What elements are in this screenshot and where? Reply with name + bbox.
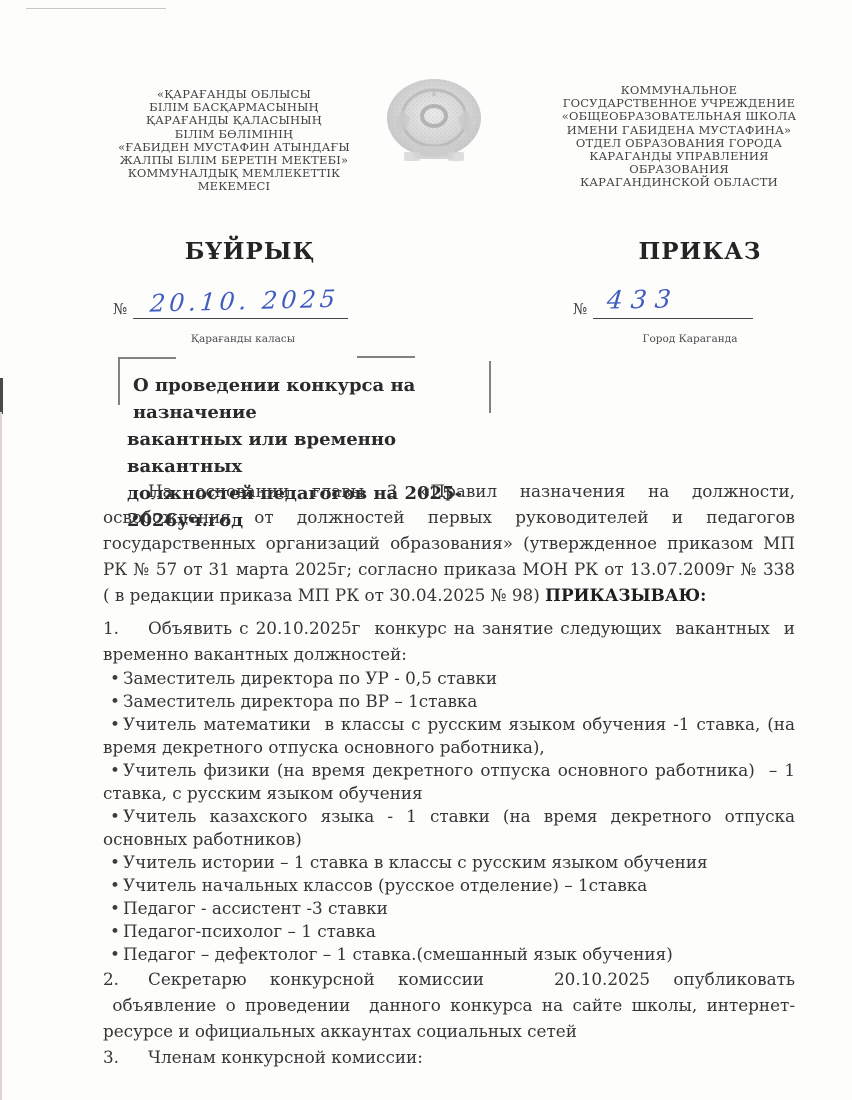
bullet-icon: • [110,851,123,874]
bullet-icon: • [110,713,123,736]
org-name-kazakh-line: ҚАРАҒАНДЫ ҚАЛАСЫНЫҢ [88,114,380,127]
city-label-kazakh: Қарағанды каласы [133,333,353,345]
item-number: 3. [103,1044,148,1070]
vacancy-list-item: •Учитель казахского языка - 1 ставки (на… [103,805,795,851]
order-subject-line: вакантных или временно вакантных [127,426,507,480]
item-text: Секретарю конкурсной комиссии 20.10.2025… [103,969,795,1041]
vacancy-text: Учитель математики в классы с русским яз… [103,714,795,757]
org-name-russian-line: КАРАГАНДИНСКОЙ ОБЛАСТИ [528,176,830,189]
order-heading-russian: ПРИКАЗ [610,238,790,265]
org-name-kazakh-line: БІЛІМ БӨЛІМІНІҢ [88,128,380,141]
vacancy-text: Учитель начальных классов (русское отдел… [123,875,647,895]
border-artifact-top-left [118,357,176,359]
order-item-1: 1.Объявить с 20.10.2025г конкурс на заня… [103,615,795,667]
bullet-icon: • [110,897,123,920]
item-text: Членам конкурсной комиссии: [148,1047,423,1067]
number-sign-russian: № [573,300,587,318]
vacancy-list-item: •Учитель математики в классы с русским я… [103,713,795,759]
vacancy-text: Педагог - ассистент -3 ставки [123,898,388,918]
scan-artifact-left-edge [0,378,3,414]
vacancy-list-item: •Педагог – дефектолог – 1 ставка.(смешан… [103,943,795,966]
kazakhstan-emblem-icon [384,76,484,170]
bullet-icon: • [110,690,123,713]
bullet-icon: • [110,920,123,943]
vacancy-text: Педагог-психолог – 1 ставка [123,921,376,941]
org-name-russian-line: «ОБЩЕОБРАЗОВАТЕЛЬНАЯ ШКОЛА [528,110,830,123]
org-name-kazakh-line: МЕКЕМЕСІ [88,180,380,193]
vacancy-list-item: •Учитель начальных классов (русское отде… [103,874,795,897]
vacancy-list-item: •Педагог-психолог – 1 ставка [103,920,795,943]
order-item-2: 2.Секретарю конкурсной комиссии 20.10.20… [103,966,795,1044]
scan-artifact-left-edge-faint [0,412,2,1100]
decree-word: ПРИКАЗЫВАЮ: [545,585,706,605]
handwritten-order-number: 433 [606,284,680,314]
border-artifact-left [118,357,120,405]
order-item-3: 3.Членам конкурсной комиссии: [103,1044,795,1070]
number-underline-left [133,318,348,319]
bullet-icon: • [110,667,123,690]
number-sign-kazakh: № [113,300,127,318]
order-subject-line: О проведении конкурса на назначение [127,372,507,426]
order-body: На основании главы 3 «Правил назначения … [103,478,795,1070]
scan-artifact-top-line [26,8,166,9]
intro-paragraph: На основании главы 3 «Правил назначения … [103,478,795,608]
city-label-russian: Город Караганда [610,333,770,345]
bullet-icon: • [110,759,123,782]
vacancy-list-item: •Педагог - ассистент -3 ставки [103,897,795,920]
vacancy-list-item: •Учитель истории – 1 ставка в классы с р… [103,851,795,874]
number-underline-right [593,318,753,319]
vacancy-text: Заместитель директора по ВР – 1ставка [123,691,477,711]
scanned-order-document: «ҚАРАҒАНДЫ ОБЛЫСЫ БІЛІМ БАСҚАРМАСЫНЫҢ ҚА… [0,0,852,1100]
vacancy-list-item: •Заместитель директора по УР - 0,5 ставк… [103,667,795,690]
item-text: Объявить с 20.10.2025г конкурс на заняти… [103,618,795,664]
item-number: 2. [103,966,148,992]
item-number: 1. [103,615,148,641]
vacancy-text: Учитель истории – 1 ставка в классы с ру… [123,852,708,872]
org-name-russian: КОММУНАЛЬНОЕ ГОСУДАРСТВЕННОЕ УЧРЕЖДЕНИЕ … [528,84,830,190]
vacancy-text: Заместитель директора по УР - 0,5 ставки [123,668,497,688]
vacancy-list-item: •Учитель физики (на время декретного отп… [103,759,795,805]
org-name-russian-line: ИМЕНИ ГАБИДЕНА МУСТАФИНА» [528,124,830,137]
vacancy-text: Педагог – дефектолог – 1 ставка.(смешанн… [123,944,673,964]
bullet-icon: • [110,805,123,828]
bullet-icon: • [110,943,123,966]
vacancy-text: Учитель физики (на время декретного отпу… [103,760,795,803]
handwritten-date: 20.10. 2025 [149,284,351,317]
border-artifact-top-right [357,356,415,358]
order-heading-kazakh: БҰЙРЫҚ [150,238,350,265]
org-name-kazakh: «ҚАРАҒАНДЫ ОБЛЫСЫ БІЛІМ БАСҚАРМАСЫНЫҢ ҚА… [88,88,380,194]
vacancy-text: Учитель казахского языка - 1 ставки (на … [103,806,795,849]
vacancy-list-item: •Заместитель директора по ВР – 1ставка [103,690,795,713]
bullet-icon: • [110,874,123,897]
